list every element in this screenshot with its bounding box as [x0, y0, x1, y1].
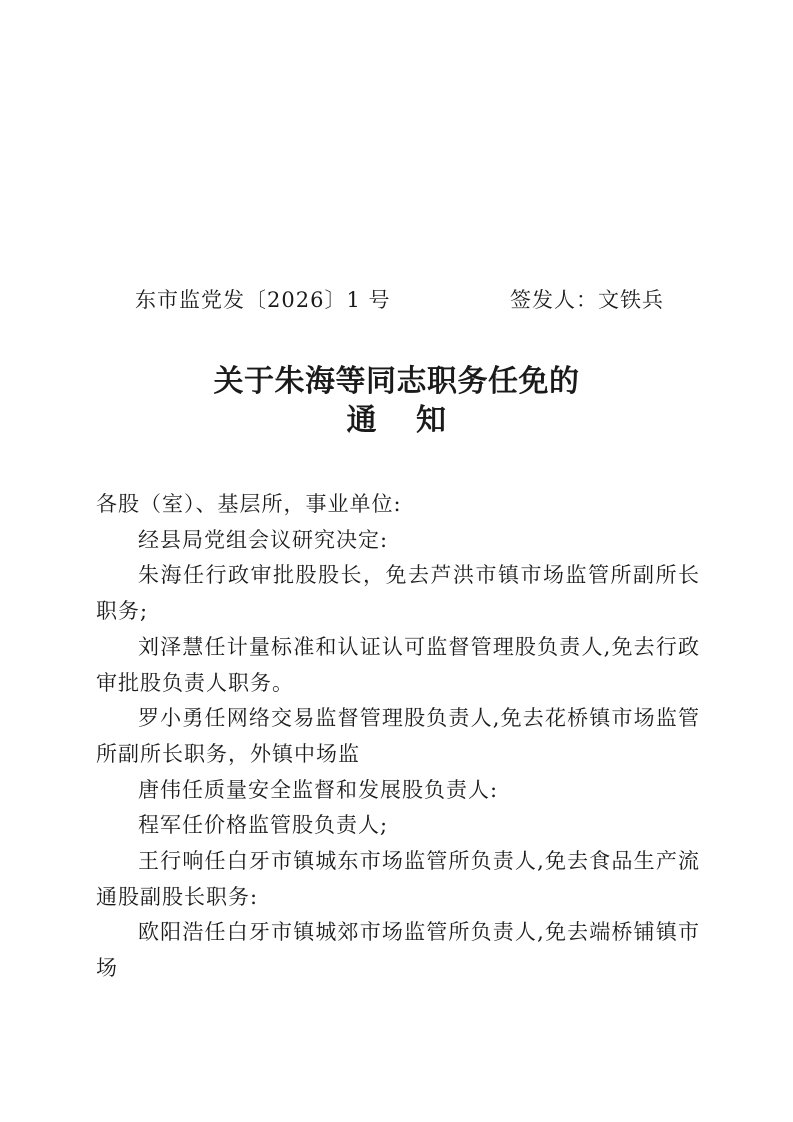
salutation-line: 各股（室）、基层所，事业单位:: [96, 487, 700, 523]
doc-number: 东市监党发〔2026〕1 号: [96, 284, 390, 314]
body-paragraph: 王行响任白牙市镇城东市场监管所负责人,免去食品生产流通股副股长职务:: [96, 844, 700, 915]
body-paragraph: 朱海任行政审批股股长，免去芦洪市镇市场监管所副所长职务;: [96, 558, 700, 629]
body-paragraph: 罗小勇任网络交易监督管理股负责人,免去花桥镇市场监管所副所长职务，外镇中场监: [96, 701, 700, 772]
body-paragraph: 欧阳浩任白牙市镇城郊市场监管所负责人,免去端桥铺镇市场: [96, 915, 700, 986]
document-page: 东市监党发〔2026〕1 号 签发人：文铁兵 关于朱海等同志职务任免的 通 知 …: [0, 0, 793, 1122]
doc-body: 各股（室）、基层所，事业单位: 经县局党组会议研究决定: 朱海任行政审批股股长，…: [96, 487, 700, 987]
body-paragraph: 唐伟任质量安全监督和发展股负责人:: [96, 773, 700, 809]
body-paragraph: 刘泽慧任计量标准和认证认可监督管理股负责人,免去行政审批股负责人职务。: [96, 630, 700, 701]
doc-title: 关于朱海等同志职务任免的 通 知: [0, 362, 793, 440]
body-paragraph: 经县局党组会议研究决定:: [96, 523, 700, 559]
issuer: 签发人：文铁兵: [510, 284, 700, 314]
doc-title-line1: 关于朱海等同志职务任免的: [0, 362, 793, 401]
doc-title-line2: 通 知: [0, 401, 793, 440]
document-header: 东市监党发〔2026〕1 号 签发人：文铁兵: [96, 284, 700, 314]
body-paragraph: 程军任价格监管股负责人;: [96, 808, 700, 844]
